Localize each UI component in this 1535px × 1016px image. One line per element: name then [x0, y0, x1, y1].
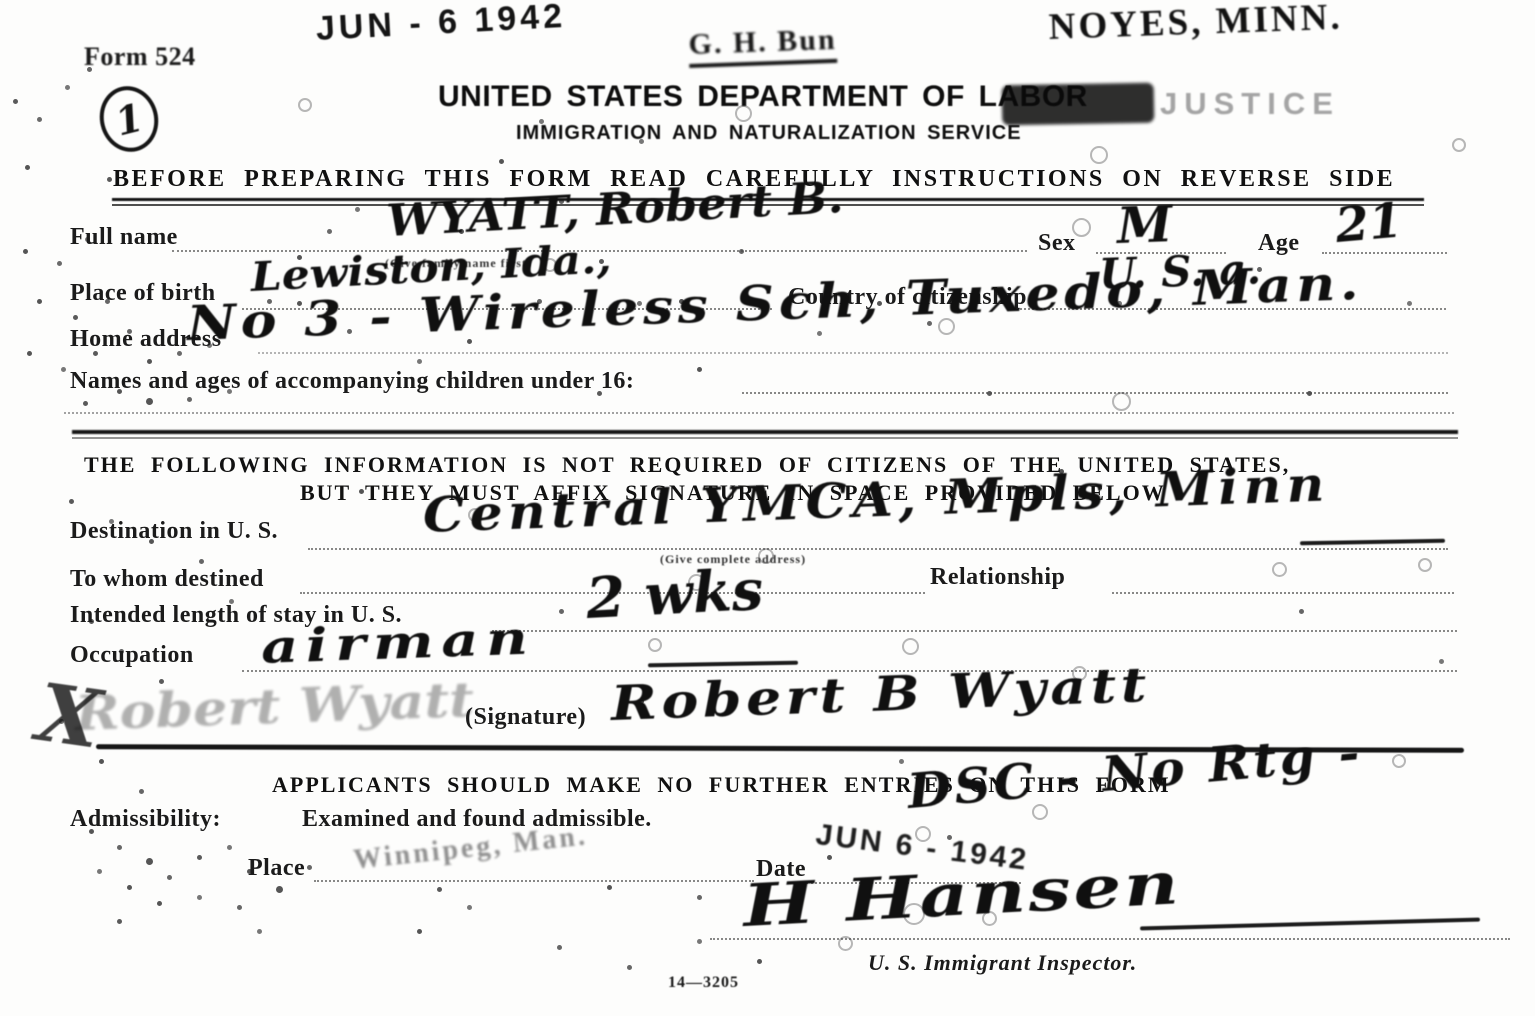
- section-divider-shadow: [72, 437, 1458, 439]
- ring-speckle: [1392, 754, 1406, 768]
- inspector-line: [710, 938, 1510, 940]
- endorsement-annotation: DSC - No Rtg -: [905, 724, 1365, 820]
- section-divider: [72, 430, 1458, 434]
- form-code: 14—3205: [668, 974, 739, 992]
- justice-overstamp: JUSTICE: [1160, 86, 1340, 122]
- ring-speckle: [902, 638, 919, 655]
- age-value: 21: [1333, 192, 1404, 254]
- signature-ghost: Robert Wyatt: [74, 672, 475, 742]
- ring-speckle: [298, 98, 312, 112]
- full-name-label: Full name: [70, 224, 178, 251]
- sex-label: Sex: [1038, 230, 1076, 257]
- relationship-line: [1112, 592, 1454, 594]
- place-label: Place: [248, 855, 305, 882]
- blank-line: [64, 412, 1454, 414]
- destination-line: [308, 548, 1448, 550]
- children-line: [742, 392, 1448, 394]
- ink-smudge: [1002, 83, 1155, 126]
- ring-speckle: [1090, 146, 1108, 164]
- pen-stroke: [1300, 539, 1445, 546]
- noise-dots: [0, 0, 3, 3]
- stay-line: [492, 630, 1457, 632]
- inspector-title: U. S. Immigrant Inspector.: [868, 950, 1137, 976]
- department-title: UNITED STATES DEPARTMENT OF LABOR: [438, 80, 1088, 114]
- children-label: Names and ages of accompanying children …: [70, 368, 634, 395]
- inspector-signature: H Hansen: [741, 849, 1182, 940]
- officer-name-stamp: G. H. Bun: [688, 23, 837, 68]
- ring-speckle: [1272, 562, 1287, 577]
- stay-value: 2 wks: [585, 557, 765, 632]
- port-stamp: NOYES, MINN.: [1048, 0, 1343, 49]
- ring-speckle: [1112, 392, 1131, 411]
- page-number: 1: [111, 94, 148, 144]
- signature-value: Robert B Wyatt: [610, 657, 1152, 732]
- ring-speckle: [648, 638, 662, 652]
- to-whom-label: To whom destined: [70, 566, 264, 593]
- page-number-circle: 1: [93, 80, 165, 158]
- ring-speckle: [1418, 558, 1432, 572]
- service-title: IMMIGRATION AND NATURALIZATION SERVICE: [516, 122, 1022, 145]
- place-line: [314, 880, 754, 882]
- admissibility-value: Examined and found admissible.: [302, 806, 652, 833]
- home-address-line: [258, 352, 1448, 354]
- sex-value: M: [1116, 194, 1173, 255]
- date-received-stamp: JUN - 6 1942: [315, 0, 567, 49]
- pen-stroke: [1140, 918, 1480, 931]
- age-label: Age: [1258, 230, 1299, 257]
- ring-speckle: [1452, 138, 1466, 152]
- scanned-immigration-form: JUN - 6 1942 G. H. Bun NOYES, MINN. Form…: [0, 0, 1535, 1016]
- form-number: Form 524: [84, 42, 196, 72]
- signature-label: (Signature): [465, 704, 586, 731]
- admissibility-label: Admissibility:: [70, 806, 221, 833]
- relationship-label: Relationship: [930, 564, 1065, 591]
- occupation-label: Occupation: [70, 642, 194, 669]
- pen-stroke: [648, 661, 798, 668]
- occupation-value: airman: [260, 610, 536, 674]
- destination-label: Destination in U. S.: [70, 518, 278, 545]
